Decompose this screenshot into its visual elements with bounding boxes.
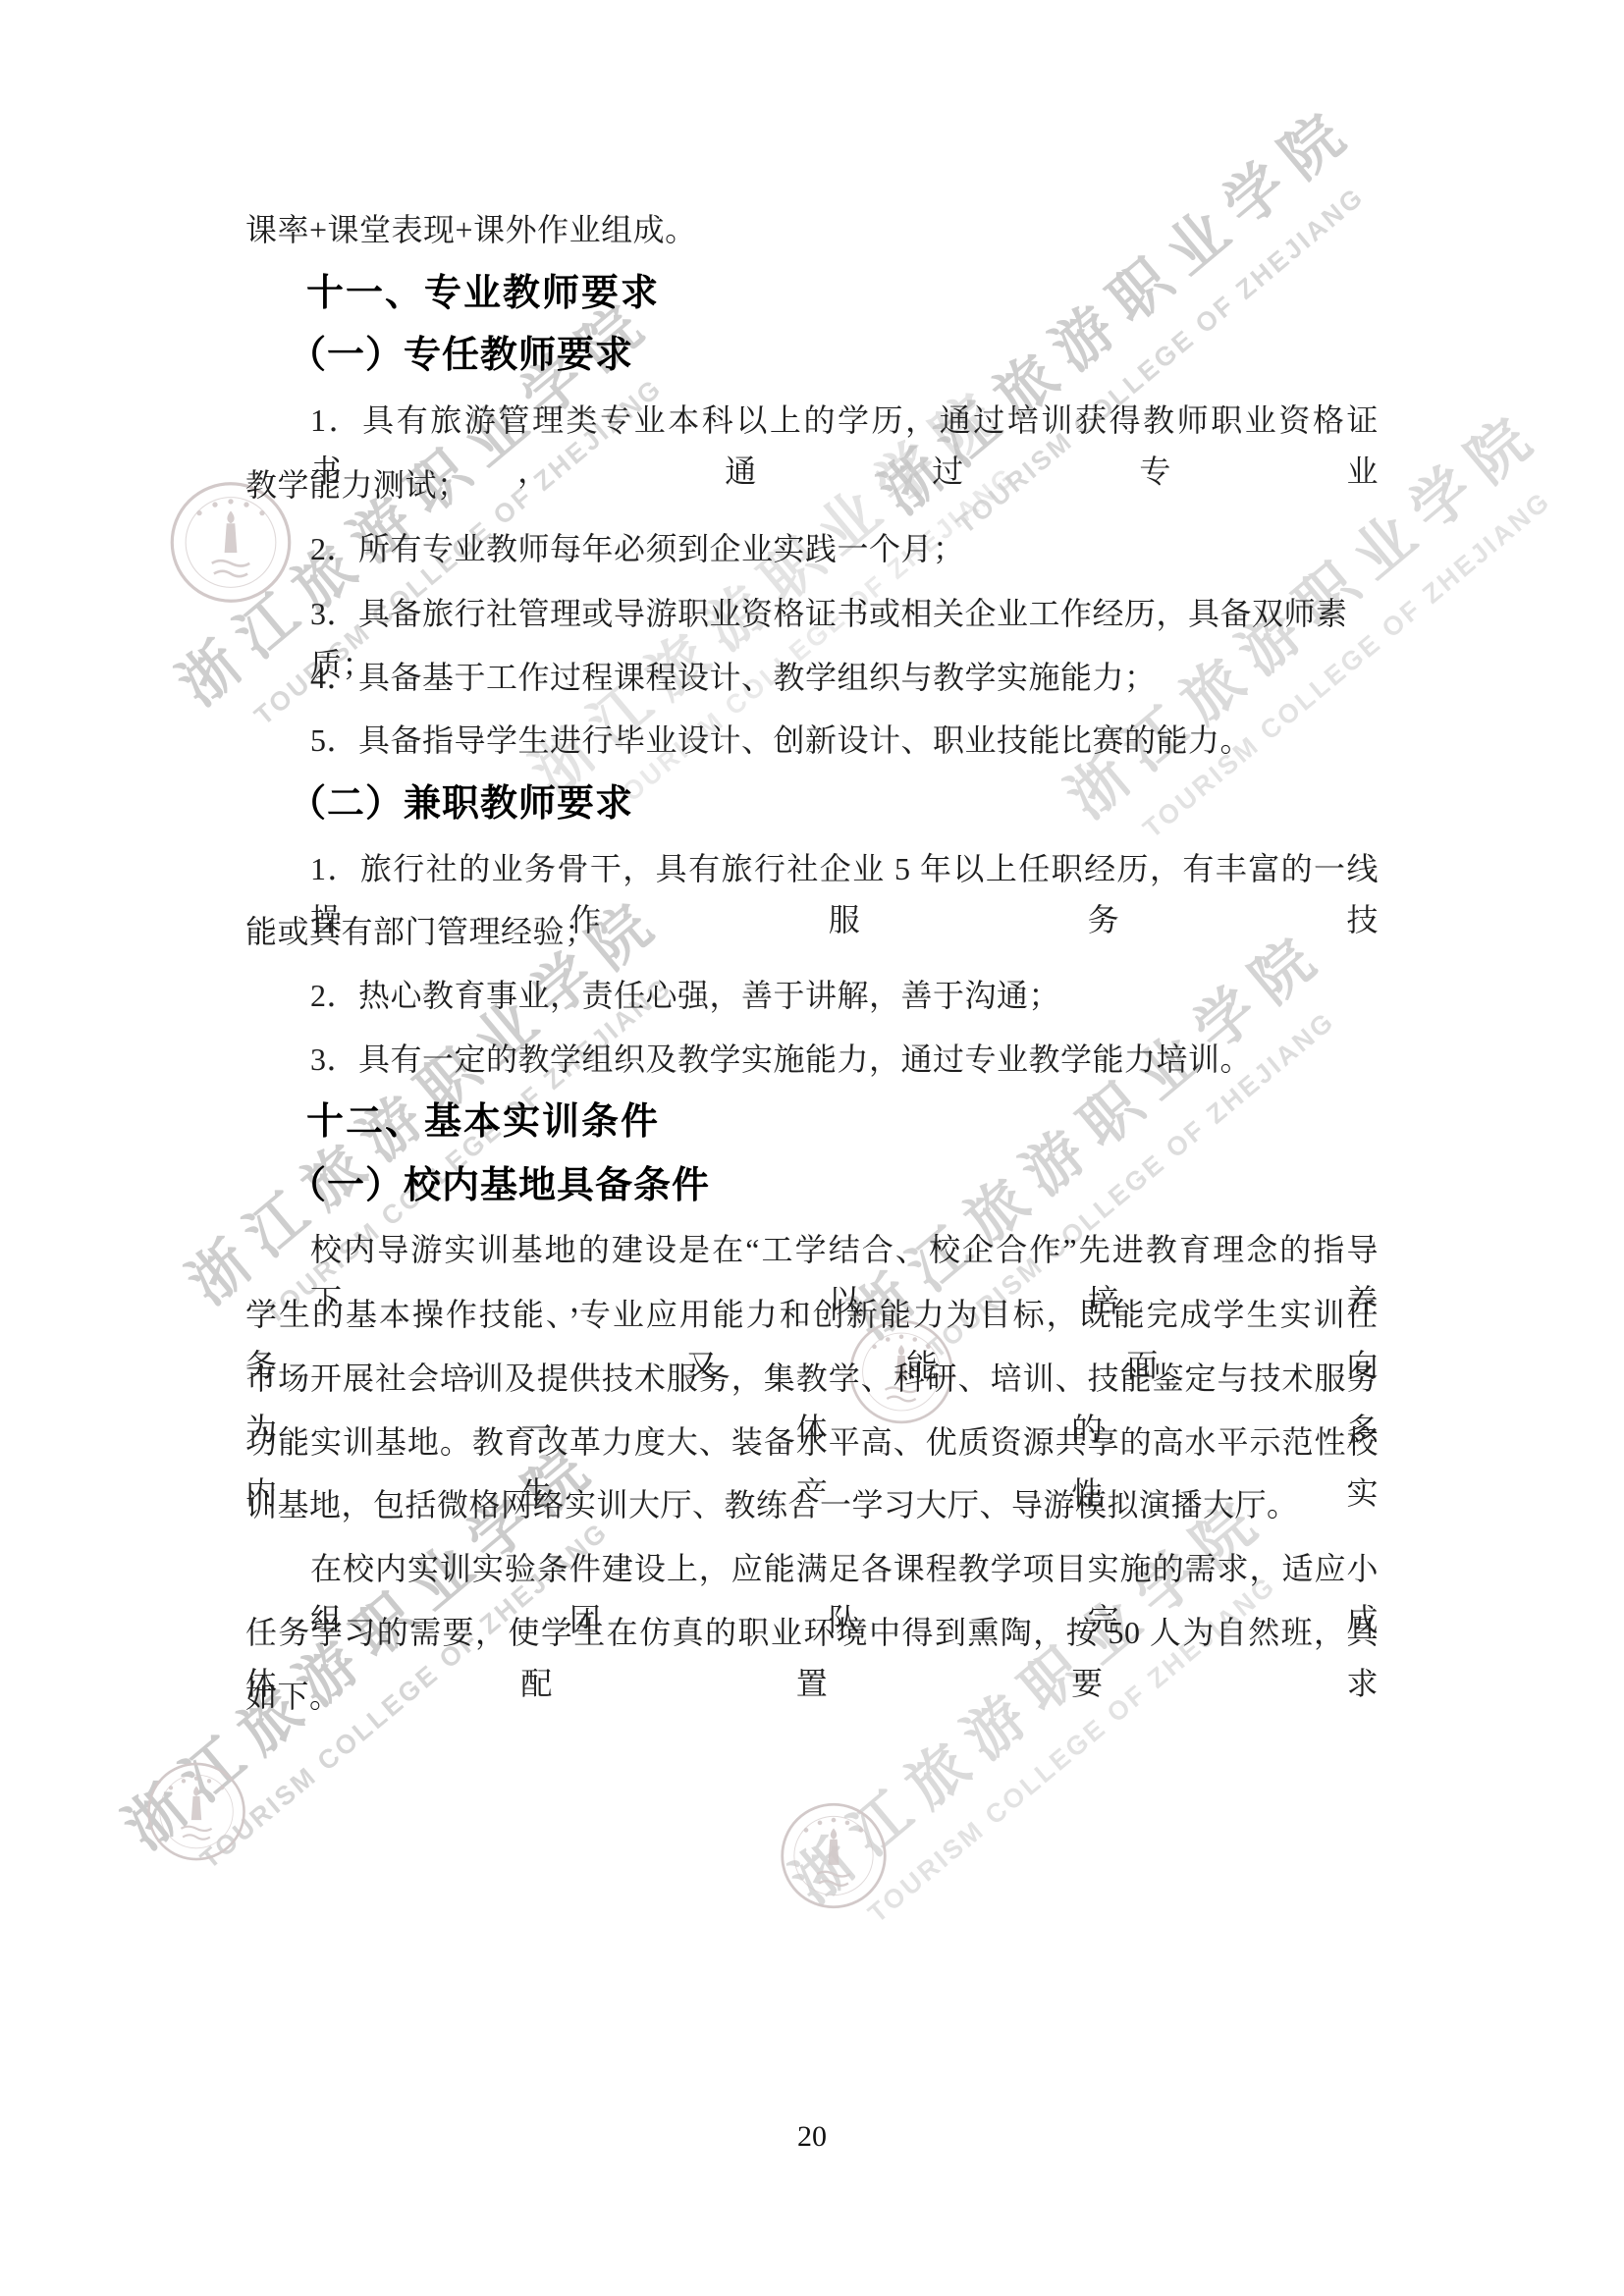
text-line: 4．具备基于工作过程课程设计、教学组织与教学实施能力； (245, 652, 1379, 703)
heading-line: （二）兼职教师要求 (245, 778, 1379, 829)
text-line: 训基地，包括微格网络实训大厅、教练合一学习大厅、导游模拟演播大厅。 (245, 1479, 1379, 1530)
page-number: 20 (0, 2120, 1624, 2154)
text-line: 课率+课堂表现+课外作业组成。 (245, 204, 1379, 255)
heading-line: 十一、专业教师要求 (245, 268, 1379, 319)
text-line: 如下。 (245, 1671, 1379, 1722)
text-line: 3．具有一定的教学组织及教学实施能力，通过专业教学能力培训。 (245, 1034, 1379, 1085)
heading-line: 十二、基本实训条件 (245, 1096, 1379, 1148)
text-line: 2．所有专业教师每年必须到企业实践一个月； (245, 523, 1379, 574)
heading-line: （一）专任教师要求 (245, 330, 1379, 381)
text-line: 教学能力测试； (245, 459, 1379, 510)
text-line: 5．具备指导学生进行毕业设计、创新设计、职业技能比赛的能力。 (245, 715, 1379, 766)
text-layer: 课率+课堂表现+课外作业组成。十一、专业教师要求（一）专任教师要求1．具有旅游管… (0, 0, 1624, 2296)
document-page: 浙江旅游职业学院 TOURISM COLLEGE OF ZHEJIANG 浙江旅… (0, 0, 1624, 2296)
heading-line: （一）校内基地具备条件 (245, 1160, 1379, 1211)
text-line: 能或具有部门管理经验； (245, 906, 1379, 957)
text-line: 2．热心教育事业，责任心强，善于讲解，善于沟通； (245, 970, 1379, 1021)
